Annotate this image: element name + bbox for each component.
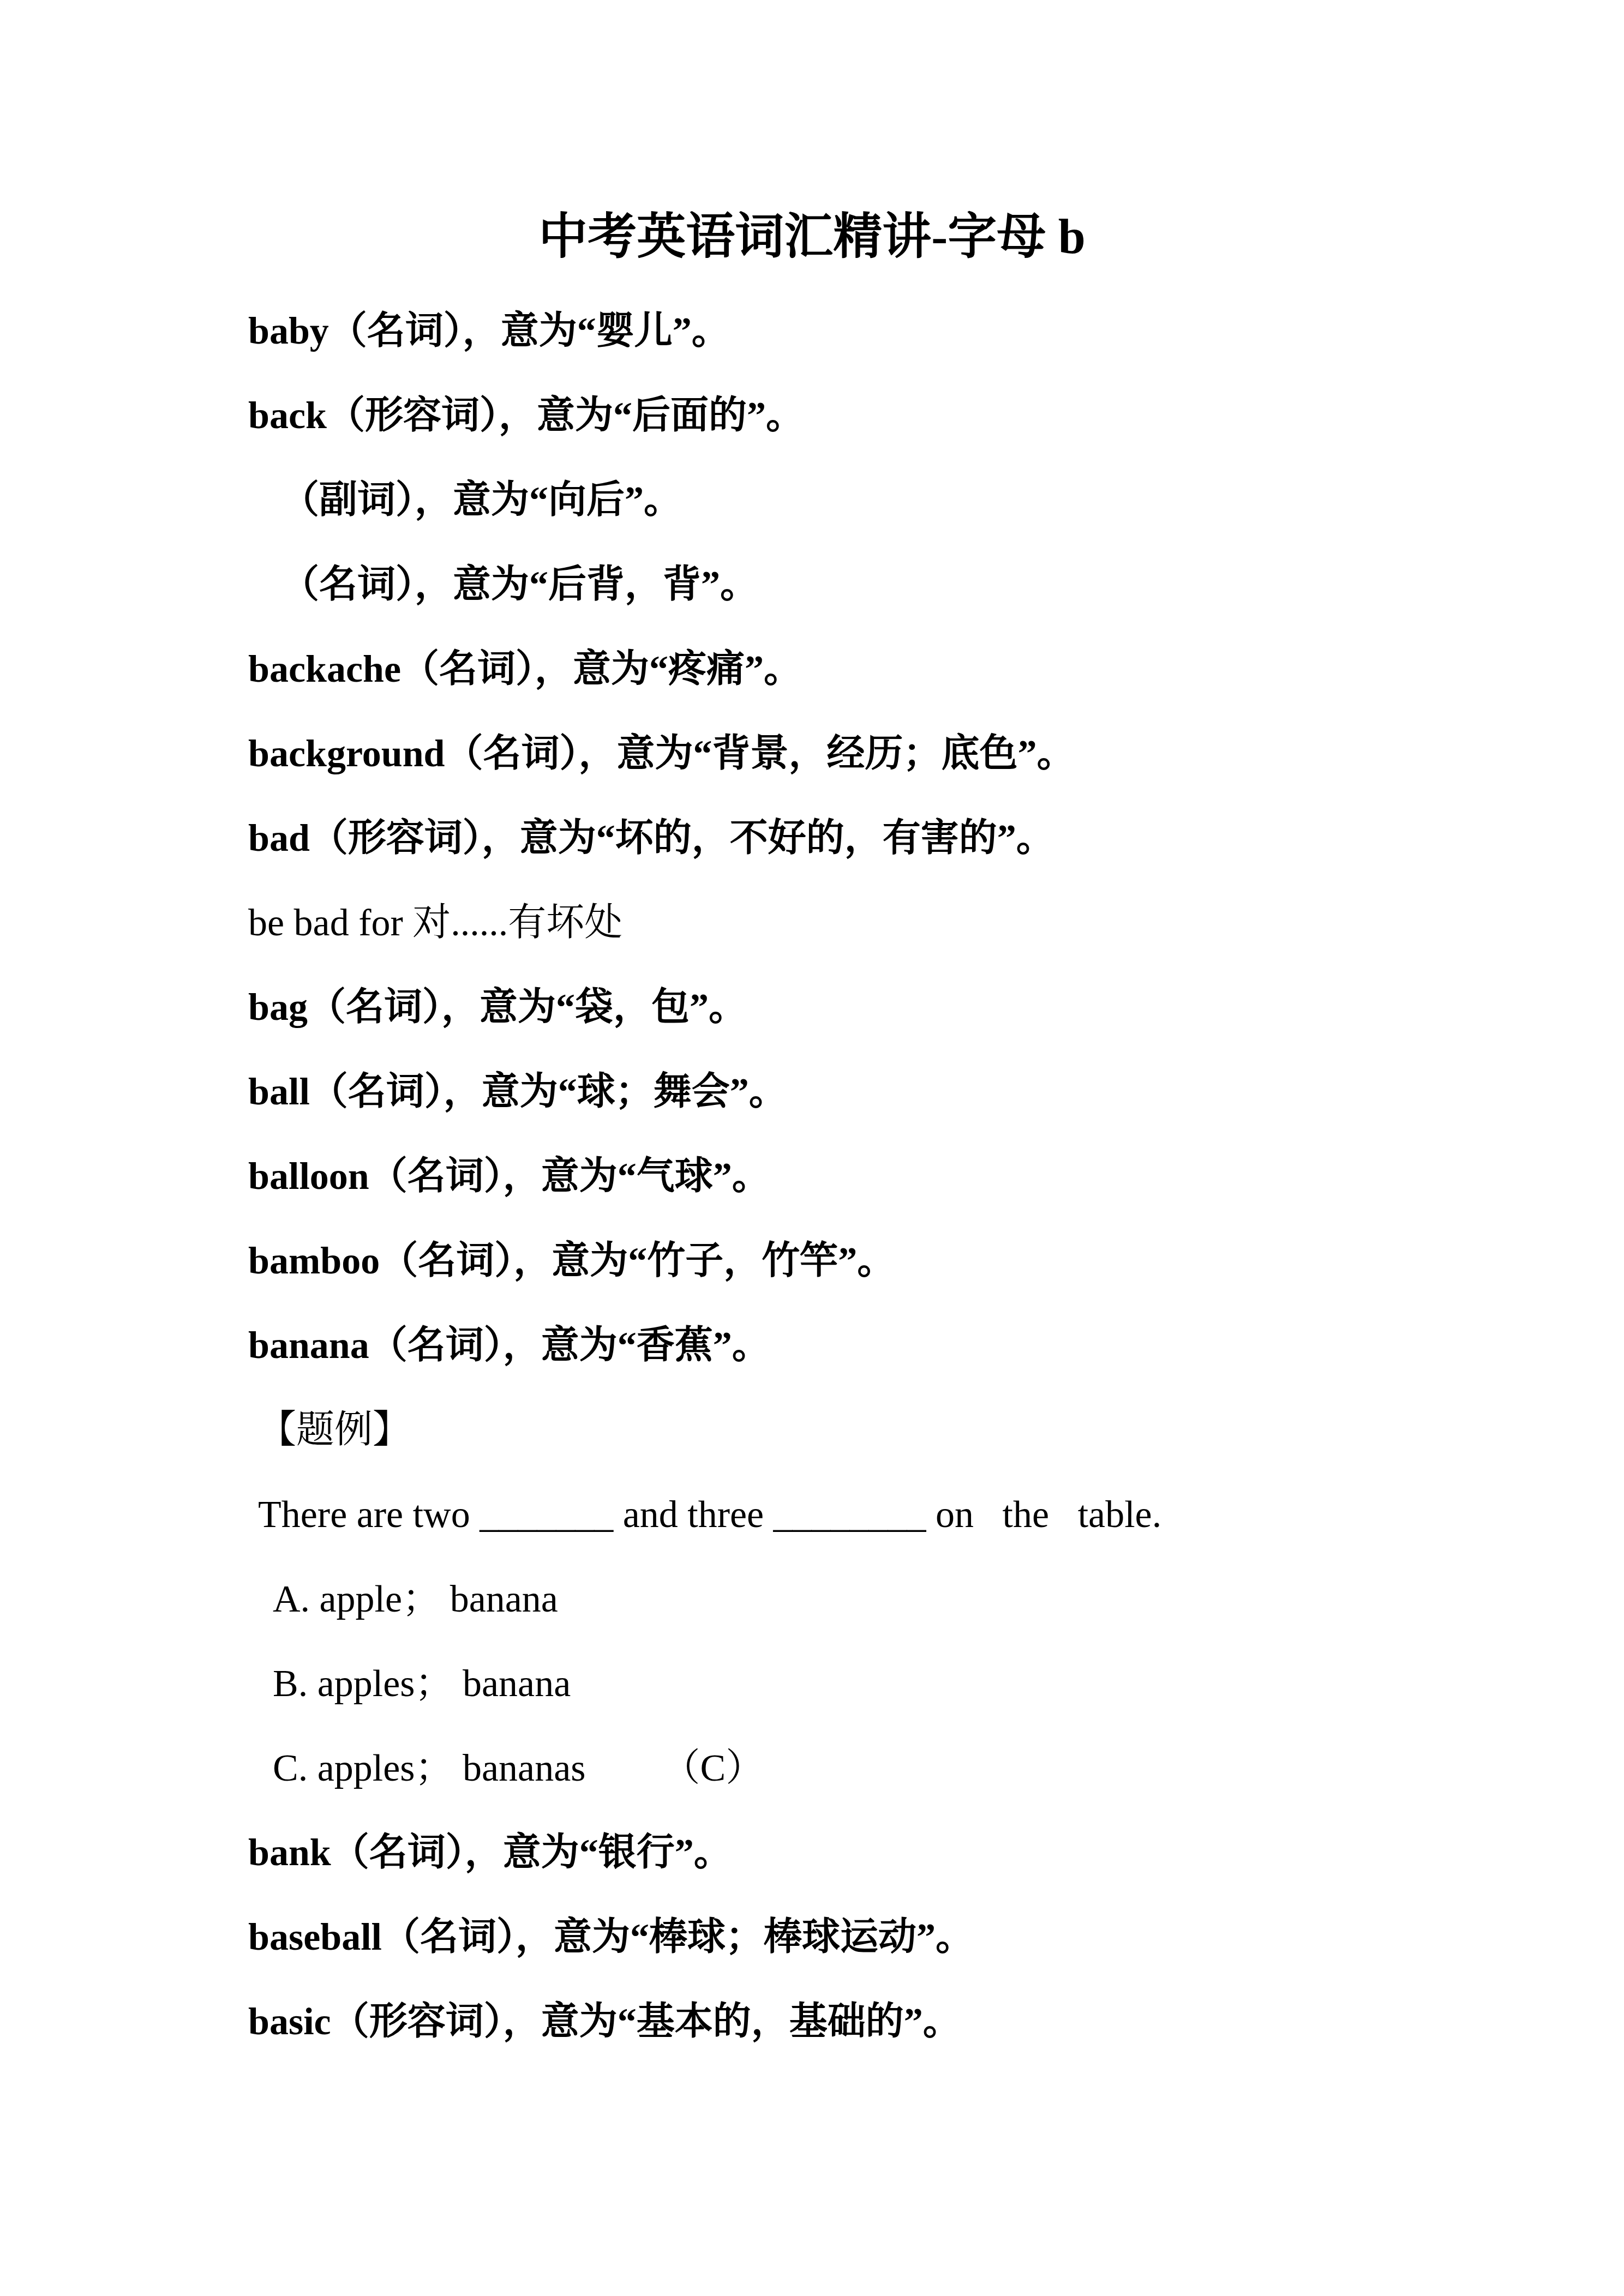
entry-back-adjective: back（形容词），意为“后面的”。	[248, 374, 1376, 458]
page-title: 中考英语词汇精讲-字母 b	[248, 205, 1376, 270]
example-option-c: C. apples； bananas （C）	[248, 1726, 1376, 1811]
example-question: There are two _______ and three ________…	[248, 1472, 1376, 1557]
entry-bamboo: bamboo（名词），意为“竹子，竹竿”。	[248, 1219, 1376, 1303]
entry-balloon: balloon（名词），意为“气球”。	[248, 1134, 1376, 1219]
example-section-label: 【题例】	[248, 1388, 1376, 1472]
entry-bag: bag（名词），意为“袋，包”。	[248, 965, 1376, 1050]
document-page: 中考英语词汇精讲-字母 b baby（名词），意为“婴儿”。 back（形容词）…	[0, 0, 1624, 2296]
entry-basic: basic（形容词），意为“基本的，基础的”。	[248, 1980, 1376, 2064]
entry-baseball: baseball（名词），意为“棒球；棒球运动”。	[248, 1895, 1376, 1980]
entry-background: background（名词），意为“背景，经历；底色”。	[248, 712, 1376, 796]
entry-banana: banana（名词），意为“香蕉”。	[248, 1303, 1376, 1388]
example-option-b: B. apples； banana	[248, 1642, 1376, 1726]
entry-bank: bank（名词），意为“银行”。	[248, 1811, 1376, 1895]
entry-back-noun: （名词），意为“后背，背”。	[248, 543, 1376, 627]
entry-baby: baby（名词），意为“婴儿”。	[248, 289, 1376, 374]
entry-bad: bad（形容词），意为“坏的，不好的，有害的”。	[248, 796, 1376, 881]
entry-back-adverb: （副词），意为“向后”。	[248, 458, 1376, 543]
entry-ball: ball（名词），意为“球；舞会”。	[248, 1050, 1376, 1134]
phrase-be-bad-for: be bad for 对......有坏处	[248, 881, 1376, 965]
entry-backache: backache（名词），意为“疼痛”。	[248, 627, 1376, 712]
example-option-a: A. apple； banana	[248, 1557, 1376, 1642]
